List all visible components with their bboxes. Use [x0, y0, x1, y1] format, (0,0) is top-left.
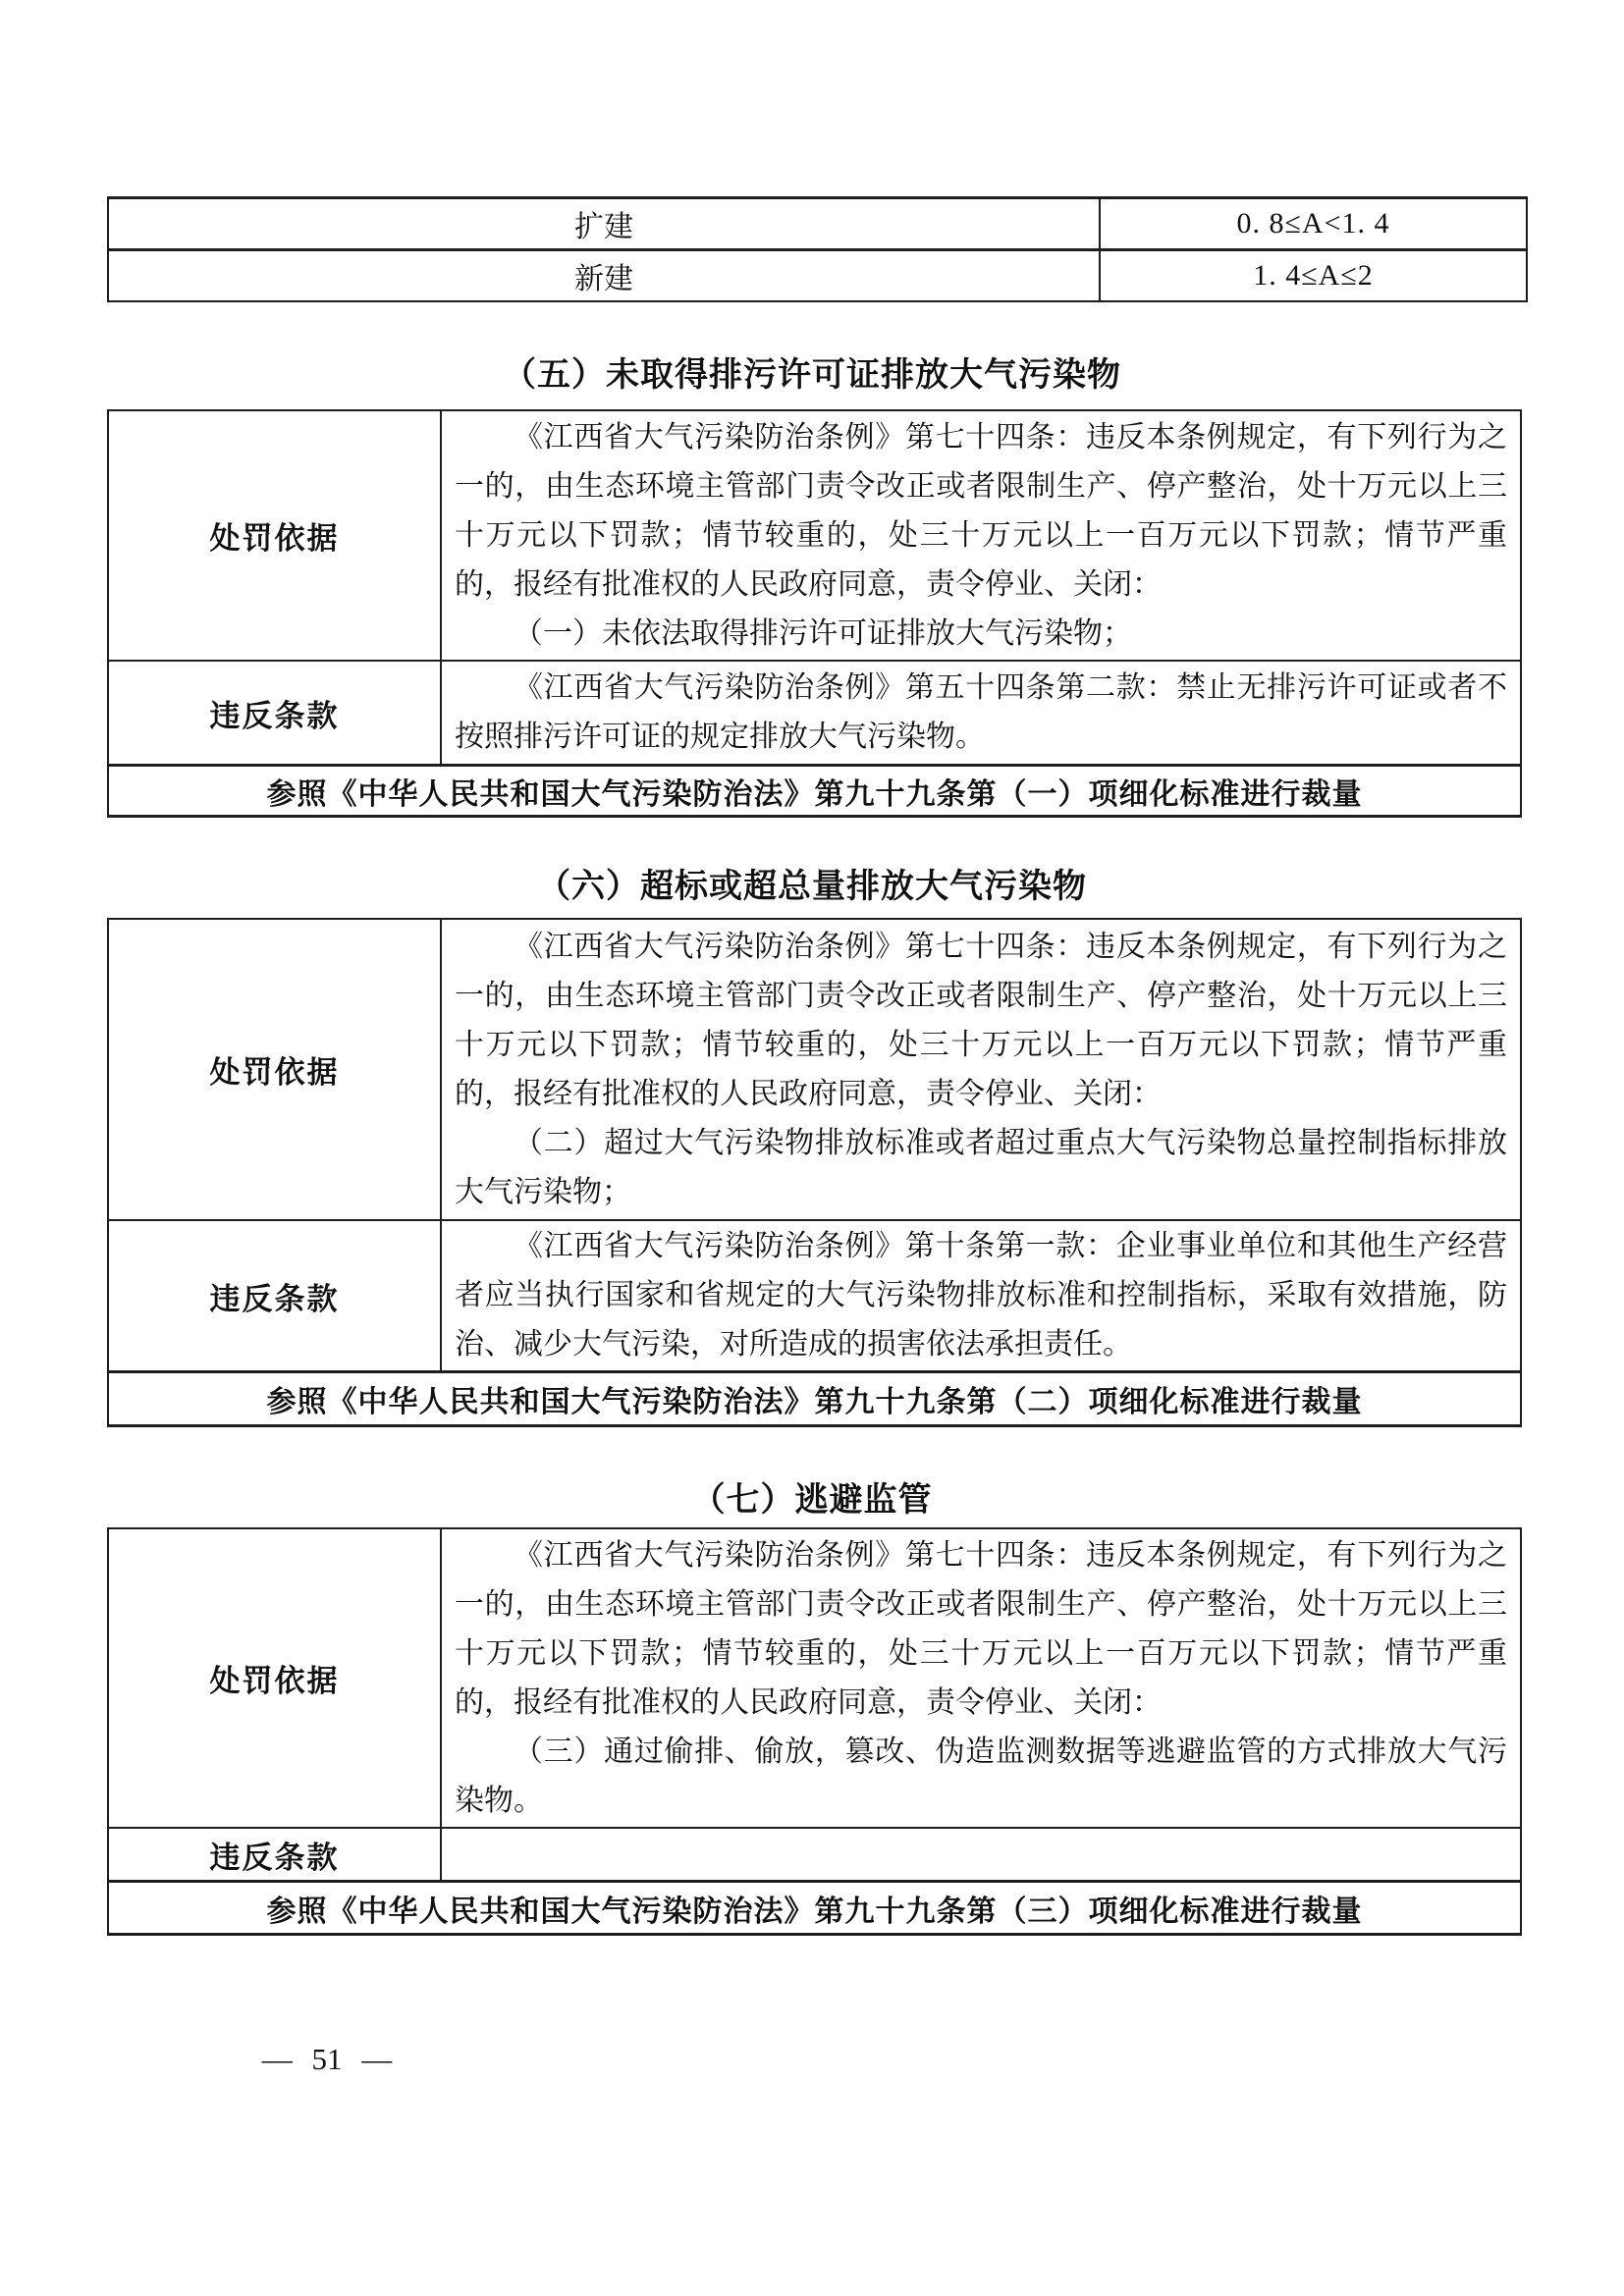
basis-content: 《江西省大气污染防治条例》第七十四条：违反本条例规定，有下列行为之一的，由生态环…: [441, 919, 1521, 1220]
clause-row: 违反条款 《江西省大气污染防治条例》第五十四条第二款：禁止无排污许可证或者不按照…: [108, 661, 1521, 766]
threshold-row: 新建 1. 4≤A≤2: [108, 250, 1527, 302]
discretion-row: 参照《中华人民共和国大气污染防治法》第九十九条第（三）项细化标准进行裁量: [108, 1882, 1521, 1935]
threshold-category: 扩建: [108, 198, 1100, 250]
basis-row: 处罚依据 《江西省大气污染防治条例》第七十四条：违反本条例规定，有下列行为之一的…: [108, 1528, 1521, 1828]
clause-content: 《江西省大气污染防治条例》第五十四条第二款：禁止无排污许可证或者不按照排污许可证…: [441, 661, 1521, 766]
clause-paragraph: 《江西省大气污染防治条例》第五十四条第二款：禁止无排污许可证或者不按照排污许可证…: [455, 664, 1507, 762]
clause-content: 《江西省大气污染防治条例》第十条第一款：企业事业单位和其他生产经营者应当执行国家…: [441, 1220, 1521, 1372]
clause-label: 违反条款: [108, 1220, 441, 1372]
clause-row: 违反条款: [108, 1828, 1521, 1882]
basis-paragraph: 《江西省大气污染防治条例》第七十四条：违反本条例规定，有下列行为之一的，由生态环…: [455, 1531, 1507, 1728]
page-number: — 51 —: [224, 2042, 430, 2077]
basis-content: 《江西省大气污染防治条例》第七十四条：违反本条例规定，有下列行为之一的，由生态环…: [441, 410, 1521, 661]
penalty-table-6: 处罚依据 《江西省大气污染防治条例》第七十四条：违反本条例规定，有下列行为之一的…: [107, 918, 1522, 1427]
clause-row: 违反条款 《江西省大气污染防治条例》第十条第一款：企业事业单位和其他生产经营者应…: [108, 1220, 1521, 1372]
basis-paragraph: （二）超过大气污染物排放标准或者超过重点大气污染物总量控制指标排放大气污染物；: [455, 1119, 1507, 1217]
basis-paragraph: 《江西省大气污染防治条例》第七十四条：违反本条例规定，有下列行为之一的，由生态环…: [455, 923, 1507, 1119]
threshold-table: 扩建 0. 8≤A<1. 4 新建 1. 4≤A≤2: [107, 196, 1528, 302]
penalty-table-5: 处罚依据 《江西省大气污染防治条例》第七十四条：违反本条例规定，有下列行为之一的…: [107, 409, 1522, 818]
discretion-row: 参照《中华人民共和国大气污染防治法》第九十九条第（一）项细化标准进行裁量: [108, 766, 1521, 817]
basis-paragraph: （三）通过偷排、偷放，篡改、伪造监测数据等逃避监管的方式排放大气污染物。: [455, 1728, 1507, 1826]
basis-paragraph: （一）未依法取得排污许可证排放大气污染物；: [455, 610, 1507, 659]
threshold-range: 1. 4≤A≤2: [1100, 250, 1527, 302]
discretion-note: 参照《中华人民共和国大气污染防治法》第九十九条第（一）项细化标准进行裁量: [108, 766, 1521, 817]
basis-row: 处罚依据 《江西省大气污染防治条例》第七十四条：违反本条例规定，有下列行为之一的…: [108, 410, 1521, 661]
section-title-7: （七）逃避监管: [0, 1478, 1624, 1522]
discretion-note: 参照《中华人民共和国大气污染防治法》第九十九条第（三）项细化标准进行裁量: [108, 1882, 1521, 1935]
basis-paragraph: 《江西省大气污染防治条例》第七十四条：违反本条例规定，有下列行为之一的，由生态环…: [455, 413, 1507, 610]
clause-paragraph: 《江西省大气污染防治条例》第十条第一款：企业事业单位和其他生产经营者应当执行国家…: [455, 1222, 1507, 1369]
clause-label: 违反条款: [108, 1828, 441, 1882]
basis-content: 《江西省大气污染防治条例》第七十四条：违反本条例规定，有下列行为之一的，由生态环…: [441, 1528, 1521, 1828]
basis-label: 处罚依据: [108, 1528, 441, 1828]
basis-row: 处罚依据 《江西省大气污染防治条例》第七十四条：违反本条例规定，有下列行为之一的…: [108, 919, 1521, 1220]
clause-content-empty: [441, 1828, 1521, 1882]
section-title-5: （五）未取得排污许可证排放大气污染物: [0, 353, 1624, 397]
threshold-row: 扩建 0. 8≤A<1. 4: [108, 198, 1527, 250]
section-title-6: （六）超标或超总量排放大气污染物: [0, 865, 1624, 908]
document-page: 扩建 0. 8≤A<1. 4 新建 1. 4≤A≤2 （五）未取得排污许可证排放…: [0, 0, 1624, 2296]
discretion-row: 参照《中华人民共和国大气污染防治法》第九十九条第（二）项细化标准进行裁量: [108, 1372, 1521, 1426]
discretion-note: 参照《中华人民共和国大气污染防治法》第九十九条第（二）项细化标准进行裁量: [108, 1372, 1521, 1426]
penalty-table-7: 处罚依据 《江西省大气污染防治条例》第七十四条：违反本条例规定，有下列行为之一的…: [107, 1527, 1522, 1936]
basis-label: 处罚依据: [108, 919, 441, 1220]
basis-label: 处罚依据: [108, 410, 441, 661]
clause-label: 违反条款: [108, 661, 441, 766]
threshold-category: 新建: [108, 250, 1100, 302]
threshold-range: 0. 8≤A<1. 4: [1100, 198, 1527, 250]
